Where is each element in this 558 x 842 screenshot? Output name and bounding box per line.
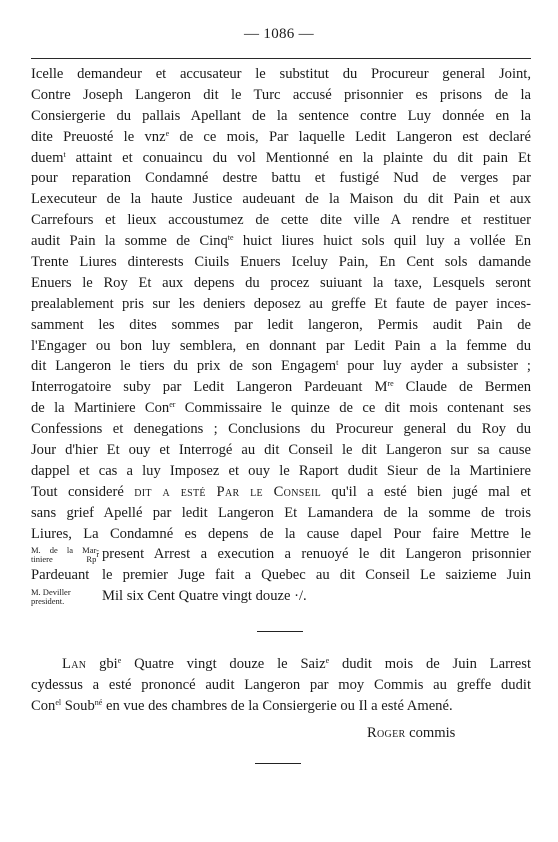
header-rule xyxy=(31,58,531,59)
body-line: dit Langeron le tiers du prix de son Eng… xyxy=(31,356,531,377)
body-line: Interrogatoire suby par Ledit Langeron P… xyxy=(31,377,531,398)
body-line: Liures, La Condamné es depens de la caus… xyxy=(31,524,531,545)
end-separator xyxy=(255,763,301,764)
signature: Roger commis xyxy=(367,725,455,742)
margin-note-rapporteur: M. de la Mar-tiniere Rpr xyxy=(31,546,99,564)
body-line: dite Preuosté le vnze de ce mois, Par la… xyxy=(31,127,531,148)
body-line: Jour d'hier Et ouy et Interrogé au dit C… xyxy=(31,440,531,461)
closing-line: cydessus a esté prononcé audit Langeron … xyxy=(31,675,531,696)
body-line: M. de la Mar-tiniere Rpr present Arrest … xyxy=(31,544,531,565)
pronouncement-paragraph: Lan gbie Quatre vingt douze le Saize dud… xyxy=(31,654,531,717)
body-line: l'Engager ou bon luy semblera, en donnan… xyxy=(31,336,531,357)
body-line: duemt attaint et conuaincu du vol Mentio… xyxy=(31,148,531,169)
body-line: Contre Joseph Langeron dit le Turc accus… xyxy=(31,85,531,106)
closing-line: Conel Soubné en vue des chambres de la C… xyxy=(31,696,531,717)
section-separator xyxy=(257,631,303,632)
arrest-body: Icelle demandeur et accusateur le substi… xyxy=(31,64,531,607)
body-line: Carrefours et lieux accoustumez de cette… xyxy=(31,210,531,231)
body-line: de la Martiniere Coner Commissaire le qu… xyxy=(31,398,531,419)
body-line: pour reparation Condamné destre battu et… xyxy=(31,168,531,189)
body-line: Icelle demandeur et accusateur le substi… xyxy=(31,64,531,85)
signatory-name: Roger xyxy=(367,725,405,741)
body-line: Enuers le Roy Et aux depens du procez su… xyxy=(31,273,531,294)
closing-line: Lan gbie Quatre vingt douze le Saize dud… xyxy=(31,654,531,675)
page-number: — 1086 — xyxy=(0,26,558,43)
body-line: Trente Liures dinterests Ciuils Enuers I… xyxy=(31,252,531,273)
body-line: audit Pain la somme de Cinqte huict liur… xyxy=(31,231,531,252)
body-line: dappel et cas a luy Imposez et ouy le Ra… xyxy=(31,461,531,482)
body-line: Confessions et denegations ; Conclusions… xyxy=(31,419,531,440)
body-line: Pardeuant le premier Juge fait a Quebec … xyxy=(31,565,531,586)
body-line: Tout consideré dit a esté Par le Conseil… xyxy=(31,482,531,503)
body-line: M. Devillerpresident. Mil six Cent Quatr… xyxy=(31,586,531,607)
body-line: samment les dites sommes par ledit lange… xyxy=(31,315,531,336)
body-line: prealablement pris sur les deniers depos… xyxy=(31,294,531,315)
body-line: sans grief Apellé par ledit Langeron Et … xyxy=(31,503,531,524)
body-line: Consiergerie du pallais Apellant de la s… xyxy=(31,106,531,127)
signatory-title: commis xyxy=(405,725,455,741)
margin-note-pardeuant: Pardeuant xyxy=(31,565,99,586)
body-line: Lexecuteur de la haute Justice audeuant … xyxy=(31,189,531,210)
margin-note-president: M. Devillerpresident. xyxy=(31,588,99,606)
ruling-phrase: dit a esté Par le Conseil xyxy=(134,484,321,500)
